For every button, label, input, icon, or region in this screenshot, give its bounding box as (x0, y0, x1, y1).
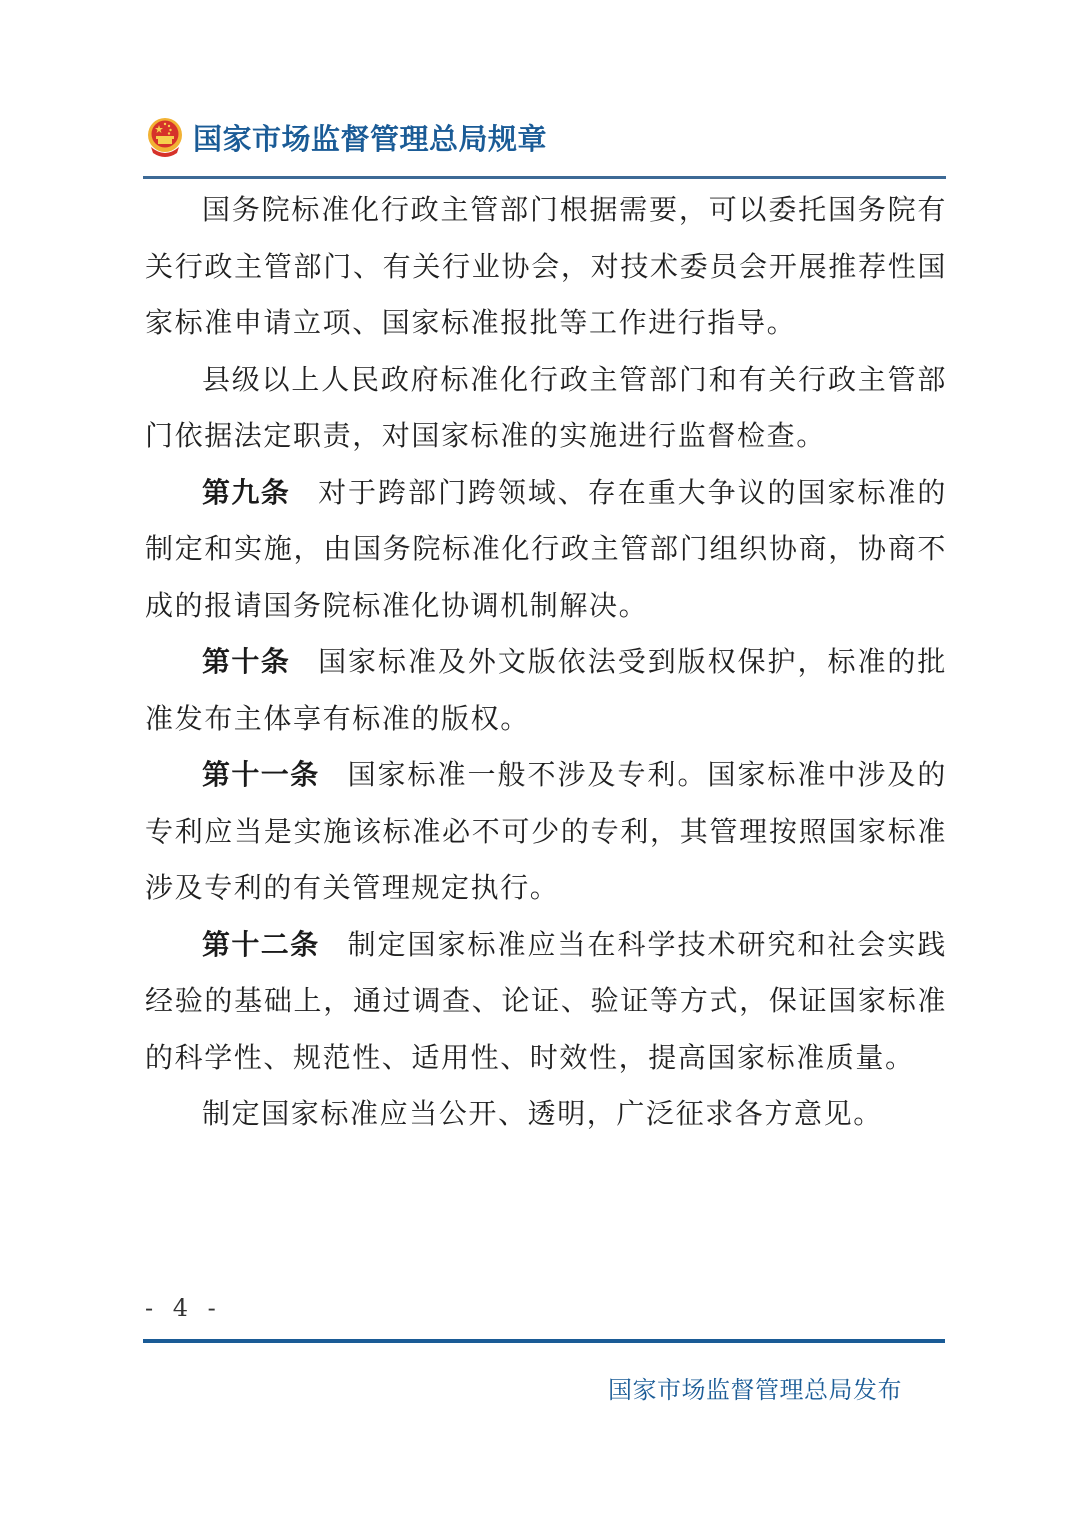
article-12: 第十二条制定国家标准应当在科学技术研究和社会实践经验的基础上，通过调查、论证、验… (145, 917, 947, 1087)
article-number: 第十二条 (202, 928, 320, 961)
article-9: 第九条对于跨部门跨领域、存在重大争议的国家标准的制定和实施，由国务院标准化行政主… (145, 465, 947, 635)
document-body: 国务院标准化行政主管部门根据需要，可以委托国务院有关行政主管部门、有关行业协会，… (145, 182, 947, 1143)
paragraph-text: 国务院标准化行政主管部门根据需要，可以委托国务院有关行政主管部门、有关行业协会，… (145, 193, 947, 339)
paragraph-text: 制定国家标准应当公开、透明，广泛征求各方意见。 (202, 1097, 883, 1130)
footer-publisher: 国家市场监督管理总局发布 (608, 1370, 902, 1405)
page-number: - 4 - (145, 1294, 222, 1322)
header-title: 国家市场监督管理总局规章 (193, 125, 547, 154)
article-number: 第九条 (202, 476, 290, 509)
article-number: 第十条 (202, 645, 290, 678)
article-number: 第十一条 (202, 758, 320, 791)
article-10: 第十条国家标准及外文版依法受到版权保护，标准的批准发布主体享有标准的版权。 (145, 634, 947, 747)
national-emblem-icon (145, 117, 185, 161)
paragraph: 制定国家标准应当公开、透明，广泛征求各方意见。 (145, 1086, 947, 1143)
paragraph: 国务院标准化行政主管部门根据需要，可以委托国务院有关行政主管部门、有关行业协会，… (145, 182, 947, 352)
header-divider (143, 176, 946, 179)
article-11: 第十一条国家标准一般不涉及专利。国家标准中涉及的专利应当是实施该标准必不可少的专… (145, 747, 947, 917)
page-header: 国家市场监督管理总局规章 (145, 113, 547, 165)
paragraph-text: 县级以上人民政府标准化行政主管部门和有关行政主管部门依据法定职责，对国家标准的实… (145, 363, 947, 453)
paragraph: 县级以上人民政府标准化行政主管部门和有关行政主管部门依据法定职责，对国家标准的实… (145, 352, 947, 465)
footer-divider (143, 1339, 945, 1343)
